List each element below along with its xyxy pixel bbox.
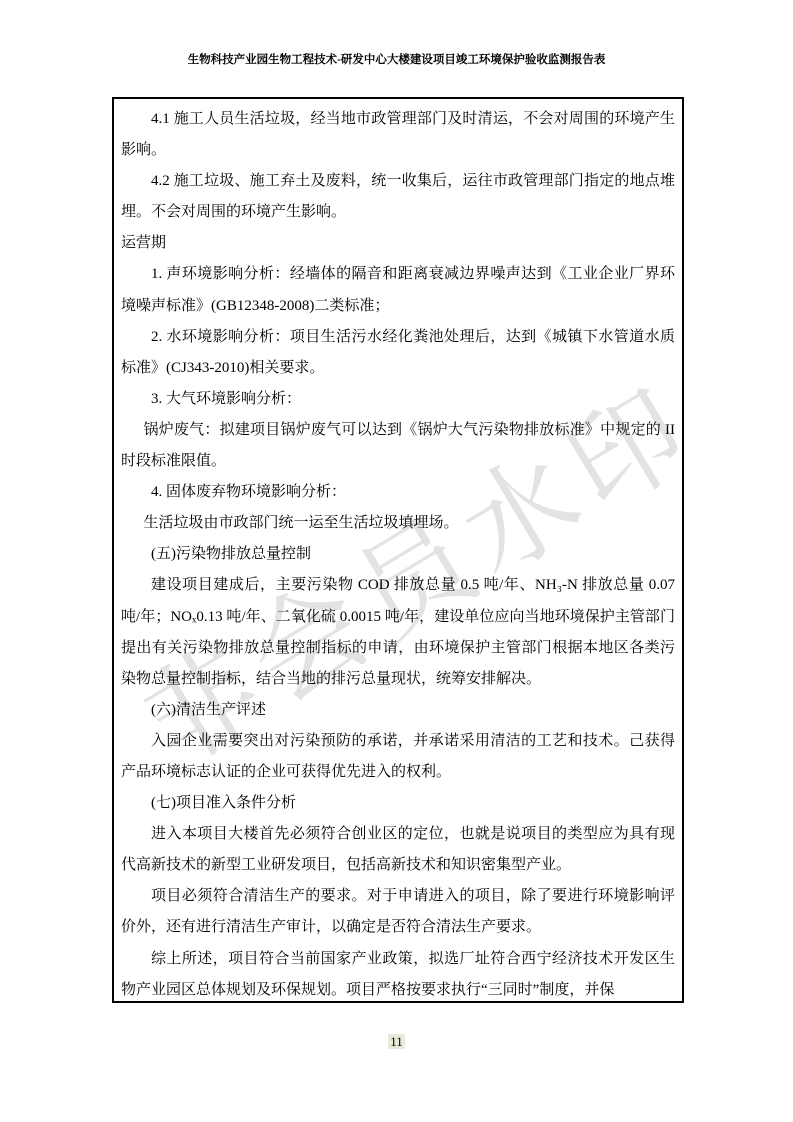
content-paragraph: 入园企业需要突出对污染预防的承诺，并承诺采用清洁的工艺和技术。己获得产品环境标志… xyxy=(121,726,675,788)
content-paragraph: 1. 声环境影响分析：经墙体的隔音和距离衰减边界噪声达到《工业企业厂界环境噪声标… xyxy=(121,259,675,321)
report-content-cell: 4.1 施工人员生活垃圾，经当地市政管理部门及时清运，不会对周围的环境产生影响。… xyxy=(112,97,684,1003)
content-paragraph: 运营期 xyxy=(121,228,675,259)
content-paragraph: 综上所述，项目符合当前国家产业政策，拟选厂址符合西宁经济技术开发区生物产业园区总… xyxy=(121,944,675,1006)
content-paragraph: 4. 固体废弃物环境影响分析： xyxy=(121,477,675,508)
content-paragraph: 项目必须符合清洁生产的要求。对于申请进入的项目，除了要进行环境影响评价外，还有进… xyxy=(121,881,675,943)
content-paragraphs: 4.1 施工人员生活垃圾，经当地市政管理部门及时清运，不会对周围的环境产生影响。… xyxy=(121,104,675,1006)
content-paragraph: 4.2 施工垃圾、施工弃土及废料，统一收集后，运往市政管理部门指定的地点堆埋。不… xyxy=(121,166,675,228)
content-paragraph: (七)项目准入条件分析 xyxy=(121,788,675,819)
content-paragraph: 3. 大气环境影响分析： xyxy=(121,384,675,415)
content-paragraph: 4.1 施工人员生活垃圾，经当地市政管理部门及时清运，不会对周围的环境产生影响。 xyxy=(121,104,675,166)
content-paragraph: 锅炉废气：拟建项目锅炉废气可以达到《锅炉大气污染物排放标准》中规定的 II 时段… xyxy=(121,415,675,477)
content-paragraph: 建设项目建成后，主要污染物 COD 排放总量 0.5 吨/年、NH₃-N 排放总… xyxy=(121,570,675,694)
content-paragraph: 生活垃圾由市政部门统一运至生活垃圾填埋场。 xyxy=(121,508,675,539)
content-paragraph: (五)污染物排放总量控制 xyxy=(121,539,675,570)
content-paragraph: 2. 水环境影响分析：项目生活污水经化粪池处理后，达到《城镇下水管道水质标准》(… xyxy=(121,322,675,384)
page-footer: 11 xyxy=(0,1034,793,1050)
content-paragraph: (六)清洁生产评述 xyxy=(121,695,675,726)
document-title: 生物科技产业园生物工程技术-研发中心大楼建设项目竣工环境保护验收监测报告表 xyxy=(0,51,793,67)
content-paragraph: 进入本项目大楼首先必须符合创业区的定位，也就是说项目的类型应为具有现代高新技术的… xyxy=(121,819,675,881)
page-number: 11 xyxy=(388,1034,405,1049)
